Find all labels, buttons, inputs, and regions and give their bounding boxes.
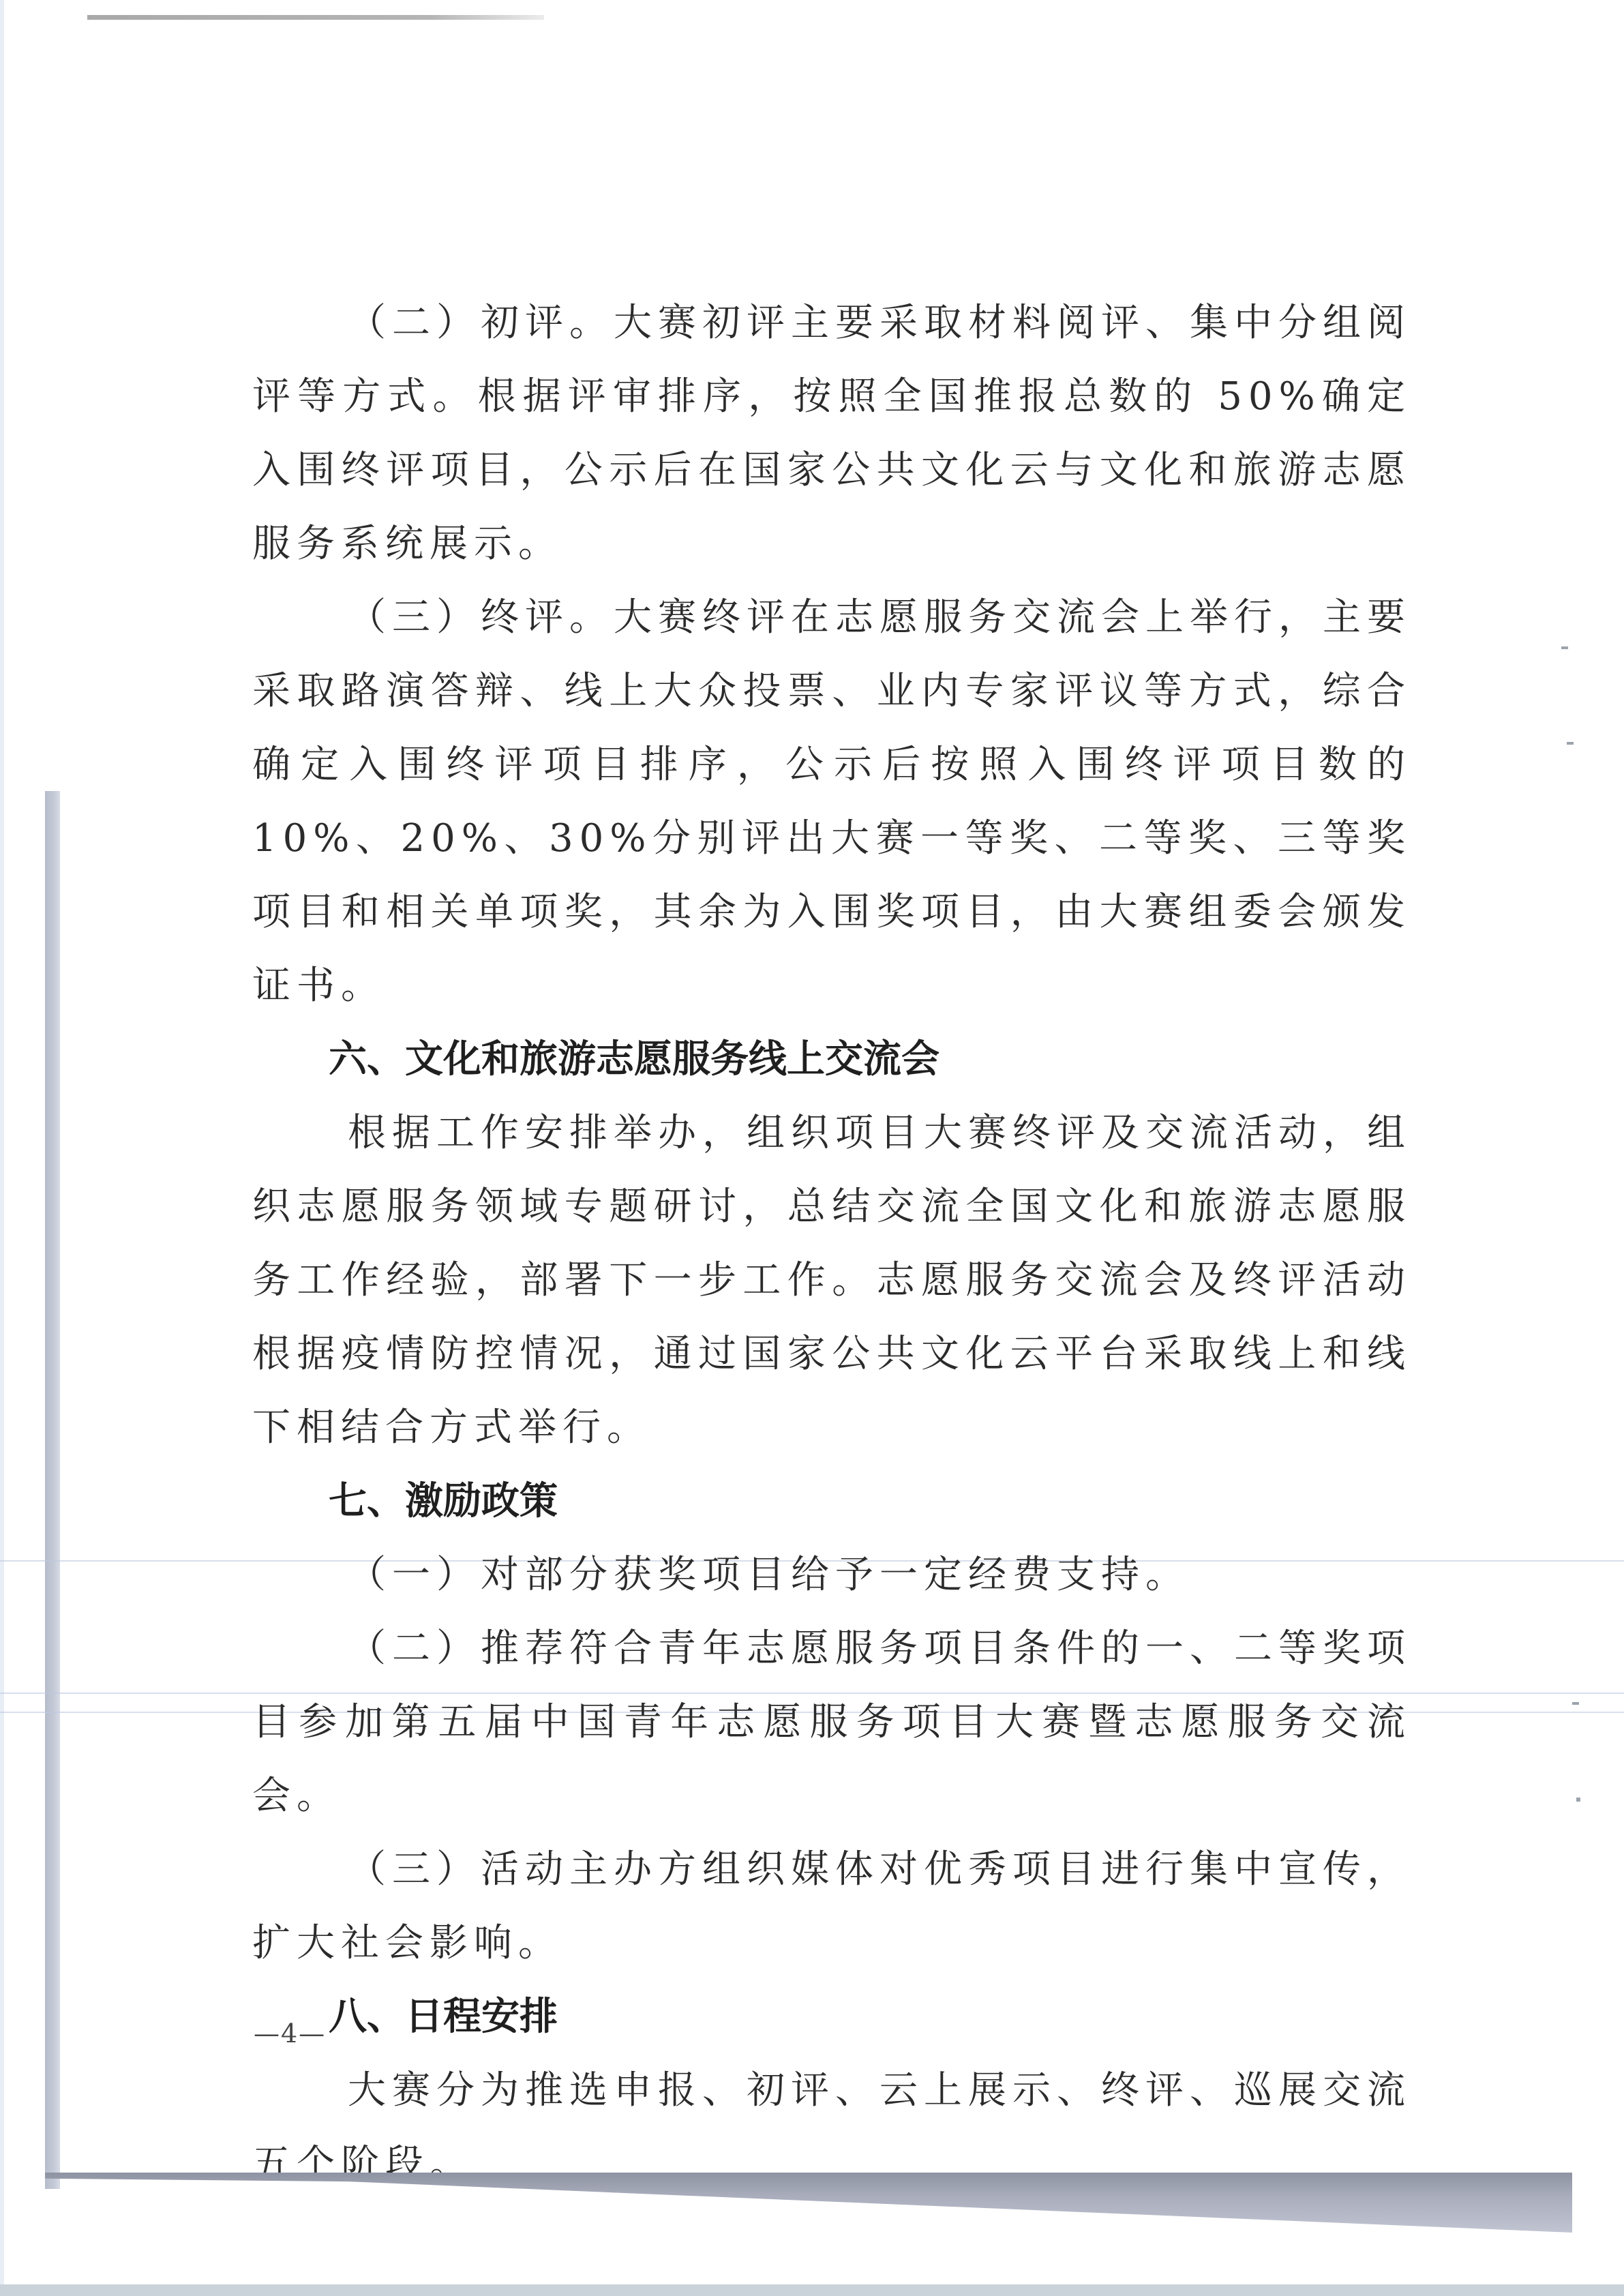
paragraph-final-review: （三）终评。大赛终评在志愿服务交流会上举行，主要采取路演答辩、线上大众投票、业内… — [252, 581, 1411, 1023]
margin-mark — [1561, 646, 1568, 649]
paragraph-online-exchange: 根据工作安排举办，组织项目大赛终评及交流活动，组织志愿服务领域专题研讨，总结交流… — [252, 1097, 1411, 1465]
section-heading-schedule: 八、日程安排 — [252, 1980, 1411, 2054]
margin-mark — [1572, 1702, 1579, 1705]
scan-left-edge — [0, 0, 4, 2296]
paragraph-preliminary-review: （二）初评。大赛初评主要采取材料阅评、集中分组阅评等方式。根据评审排序，按照全国… — [252, 286, 1411, 581]
document-page: （二）初评。大赛初评主要采取材料阅评、集中分组阅评等方式。根据评审排序，按照全国… — [252, 286, 1411, 2201]
margin-mark — [1567, 742, 1574, 745]
margin-mark — [1576, 1798, 1580, 1802]
paragraph-incentive-publicity: （三）活动主办方组织媒体对优秀项目进行集中宣传，扩大社会影响。 — [252, 1833, 1411, 1980]
section-heading-incentives: 七、激励政策 — [252, 1465, 1411, 1538]
section-heading-online-exchange: 六、文化和旅游志愿服务线上交流会 — [252, 1023, 1411, 1097]
scan-bottom-strip — [0, 2284, 1624, 2296]
scan-left-shadow — [45, 791, 60, 2189]
scan-top-artifact — [87, 15, 544, 20]
paragraph-incentive-recommendation: （二）推荐符合青年志愿服务项目条件的一、二等奖项目参加第五届中国青年志愿服务项目… — [252, 1612, 1411, 1833]
paragraph-incentive-funding: （一）对部分获奖项目给予一定经费支持。 — [252, 1538, 1411, 1612]
page-number: —4— — [254, 2018, 326, 2048]
